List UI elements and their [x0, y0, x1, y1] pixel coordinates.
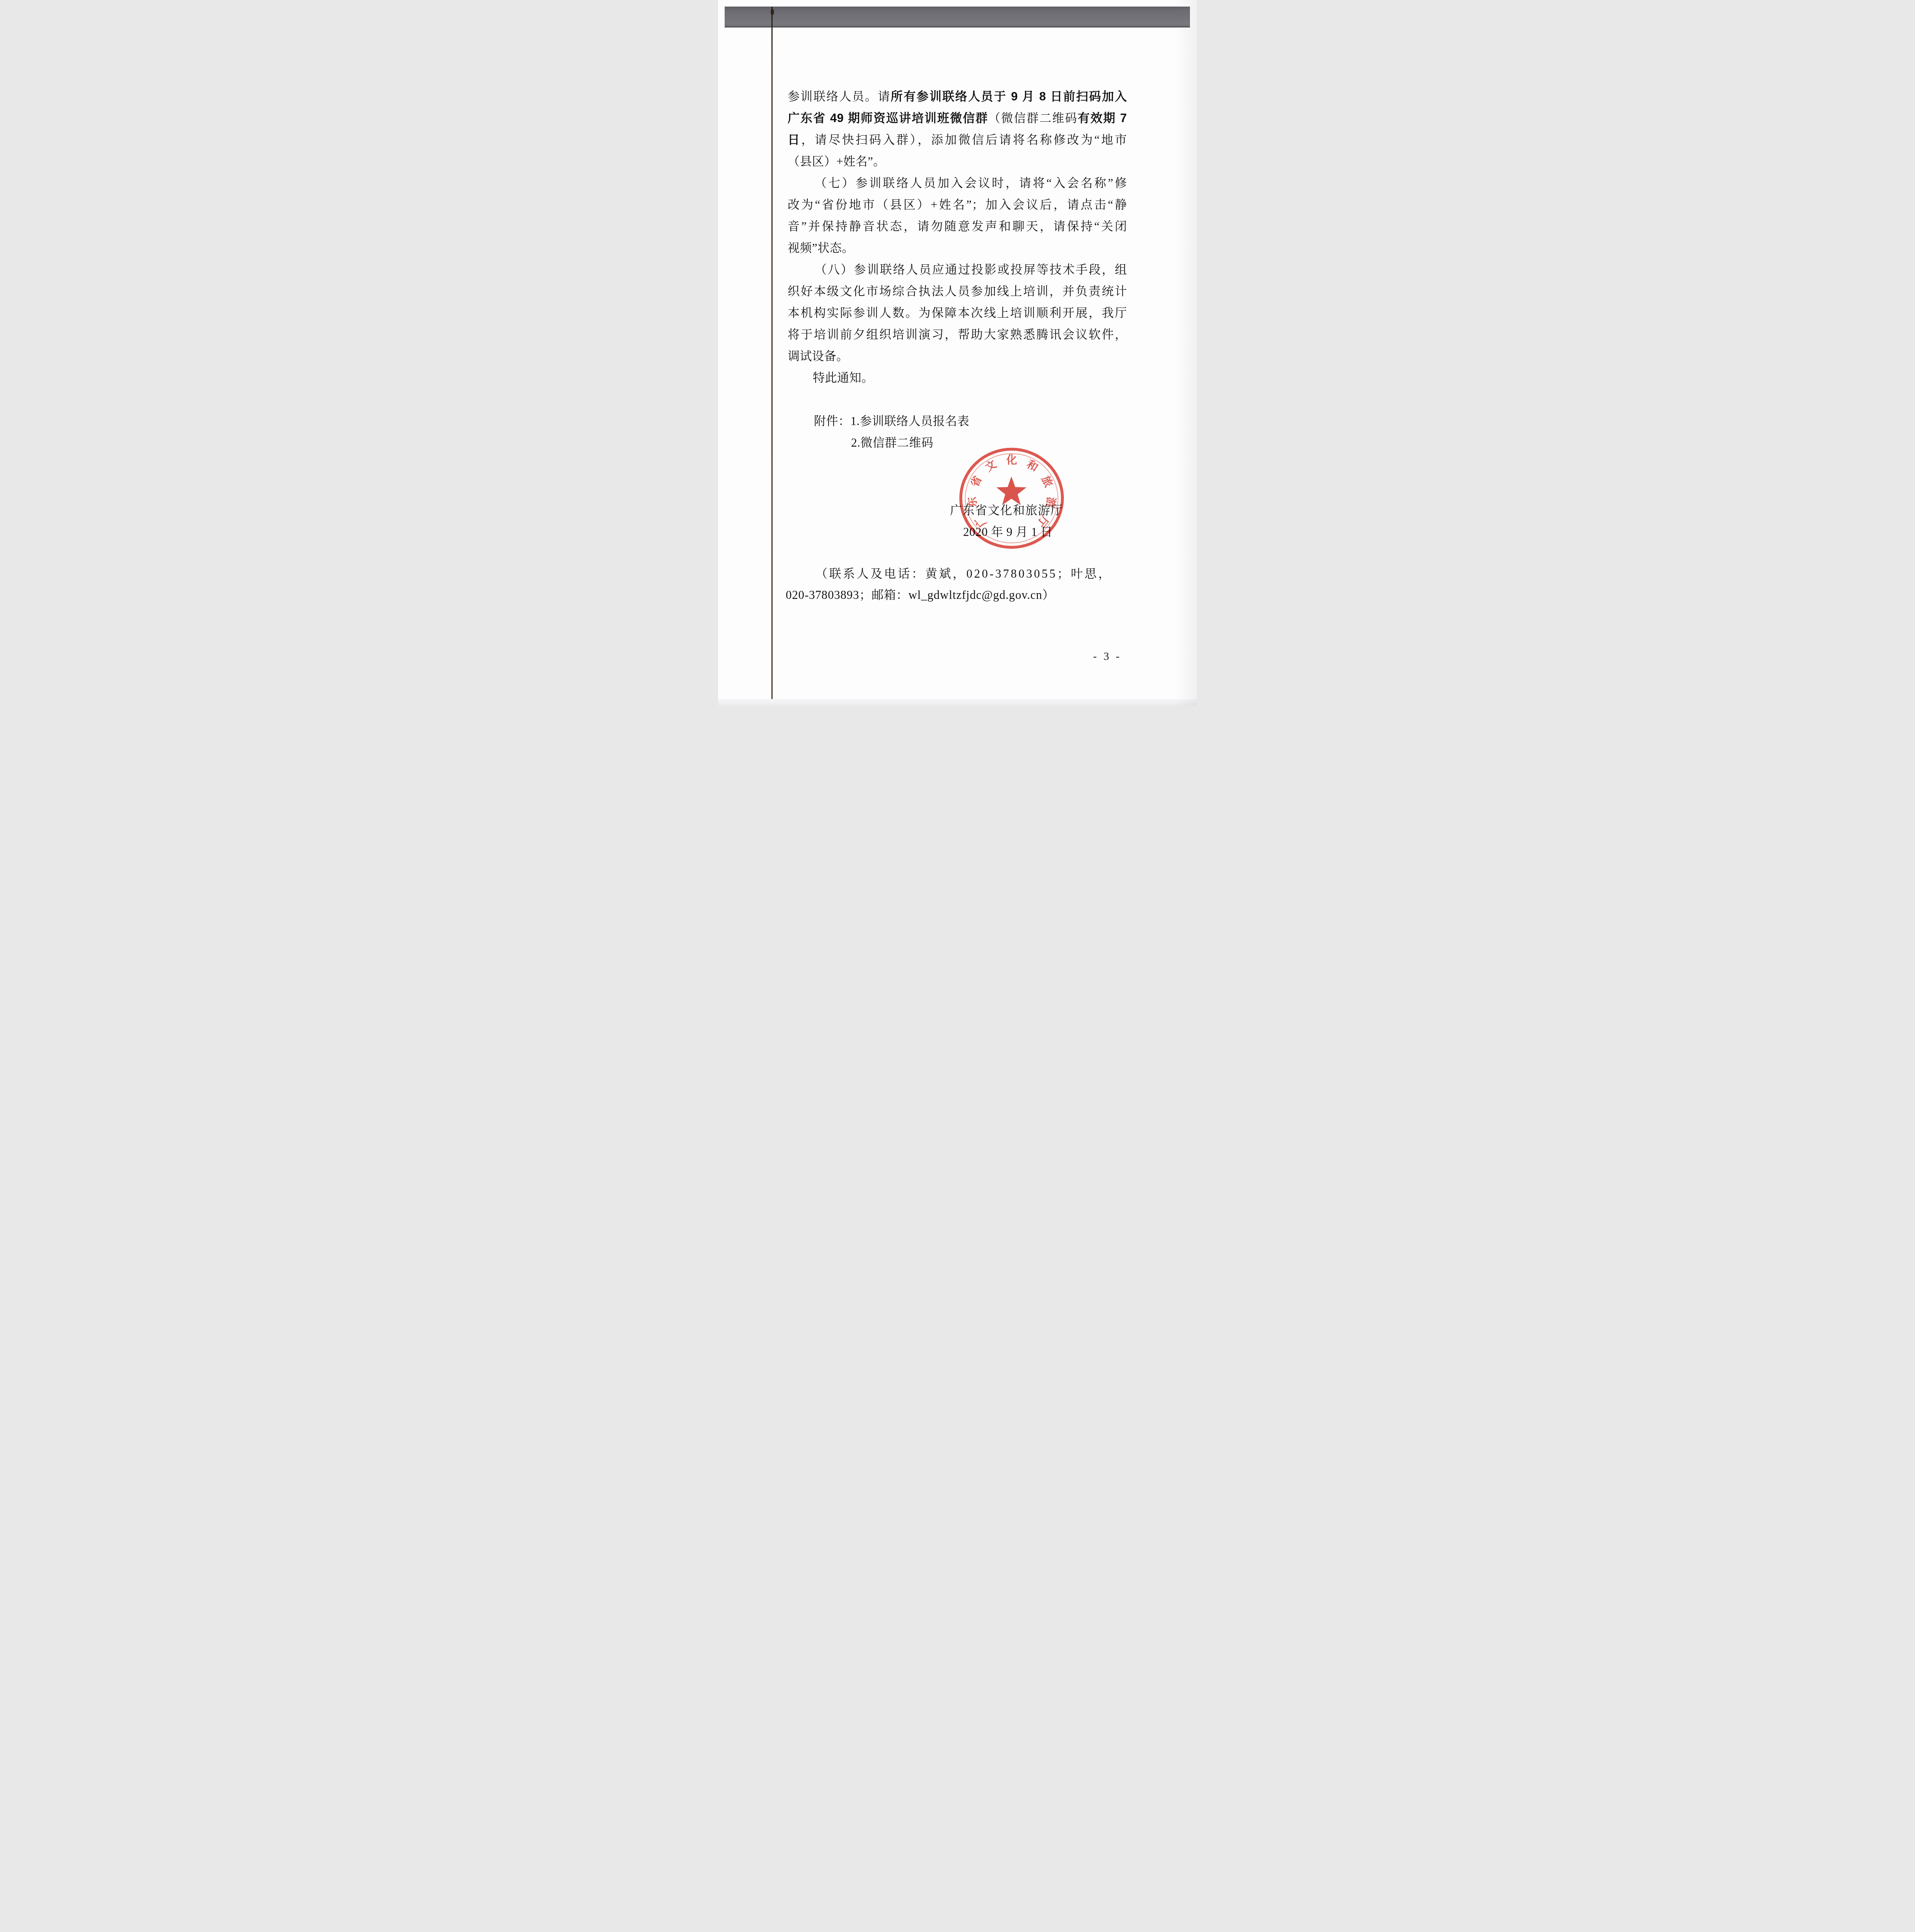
text-line: 特此通知。	[788, 367, 1127, 389]
book-spine-line	[771, 7, 773, 699]
text-segment: （七）参训联络人员加入会议时，请将“入会名称”修	[815, 176, 1127, 190]
text-line: 2.微信群二维码	[788, 432, 1127, 454]
text-line: （七）参训联络人员加入会议时，请将“入会名称”修	[788, 172, 1127, 194]
text-segment: （县区）+姓名”。	[788, 155, 885, 168]
text-line: 织好本级文化市场综合执法人员参加线上培训，并负责统计	[788, 281, 1127, 302]
text-line: 调试设备。	[788, 345, 1127, 367]
bold-text-segment: 所有参训联络人员于 9 月 8 日前扫码加入	[891, 90, 1127, 103]
scanner-top-band	[725, 7, 1190, 27]
seal-character: 文	[983, 458, 999, 474]
text-segment: （微信群二维码	[988, 111, 1078, 125]
text-line: 本机构实际参训人数。为保障本次线上培训顺利开展，我厅	[788, 302, 1127, 324]
text-line: 参训联络人员。请所有参训联络人员于 9 月 8 日前扫码加入	[788, 86, 1127, 107]
text-line: 广东省 49 期师资巡讲培训班微信群（微信群二维码有效期 7	[788, 107, 1127, 129]
blank-line	[788, 389, 1127, 410]
document-body: 参训联络人员。请所有参训联络人员于 9 月 8 日前扫码加入广东省 49 期师资…	[788, 86, 1127, 454]
text-segment: 调试设备。	[788, 349, 849, 363]
seal-character: 省	[969, 474, 984, 489]
text-segment: 将于培训前夕组织培训演习，帮助大家熟悉腾讯会议软件，	[788, 328, 1127, 341]
text-line: 日，请尽快扫码入群），添加微信后请将名称修改为“地市	[788, 129, 1127, 151]
seal-character: 化	[1006, 454, 1017, 466]
bottom-edge-strip	[718, 699, 1197, 706]
text-segment: 织好本级文化市场综合执法人员参加线上培训，并负责统计	[788, 284, 1127, 298]
bold-text-segment: 广东省 49 期师资巡讲培训班微信群	[788, 111, 988, 125]
right-edge-shade	[1175, 0, 1197, 706]
page-number: - 3 -	[1090, 650, 1125, 663]
text-line: 视频”状态。	[788, 237, 1127, 259]
text-segment: 附件：1.参训联络人员报名表	[814, 414, 969, 428]
text-line: 将于培训前夕组织培训演习，帮助大家熟悉腾讯会议软件，	[788, 324, 1127, 345]
text-line: 改为“省份地市（县区）+姓名”；加入会议后，请点击“静	[788, 194, 1127, 216]
text-segment: 音”并保持静音状态，请勿随意发声和聊天，请保持“关闭	[788, 219, 1127, 233]
text-segment: ，请尽快扫码入群），添加微信后请将名称修改为“地市	[801, 133, 1127, 146]
text-segment: 2.微信群二维码	[851, 436, 933, 449]
seal-character: 旅	[1039, 474, 1055, 489]
issue-date: 2020 年 9 月 1 日	[963, 524, 1053, 540]
text-segment: 视频”状态。	[788, 241, 854, 255]
bold-text-segment: 日	[788, 133, 801, 146]
seal-star-icon	[996, 476, 1026, 505]
text-line: （八）参训联络人员应通过投影或投屏等技术手段，组	[788, 259, 1127, 281]
issuer-name: 广东省文化和旅游厅	[950, 502, 1063, 519]
text-line: 音”并保持静音状态，请勿随意发声和聊天，请保持“关闭	[788, 216, 1127, 237]
text-segment: 参训联络人员。请	[788, 90, 891, 103]
seal-character: 和	[1025, 458, 1040, 474]
text-segment: （八）参训联络人员应通过投影或投屏等技术手段，组	[815, 263, 1127, 276]
text-line: （县区）+姓名”。	[788, 151, 1127, 172]
contact-line-1: （联系人及电话：黄斌，020-37803055；叶思，	[815, 566, 1112, 582]
scanned-page: 参训联络人员。请所有参训联络人员于 9 月 8 日前扫码加入广东省 49 期师资…	[718, 0, 1197, 706]
text-segment: 本机构实际参训人数。为保障本次线上培训顺利开展，我厅	[788, 306, 1127, 320]
text-segment: 改为“省份地市（县区）+姓名”；加入会议后，请点击“静	[788, 198, 1127, 211]
contact-line-2: 020-37803893；邮箱：wl_gdwltzfjdc@gd.gov.cn）	[786, 587, 1055, 603]
text-line: 附件：1.参训联络人员报名表	[788, 410, 1127, 432]
bold-text-segment: 有效期 7	[1078, 111, 1127, 125]
text-segment: 特此通知。	[813, 371, 874, 384]
